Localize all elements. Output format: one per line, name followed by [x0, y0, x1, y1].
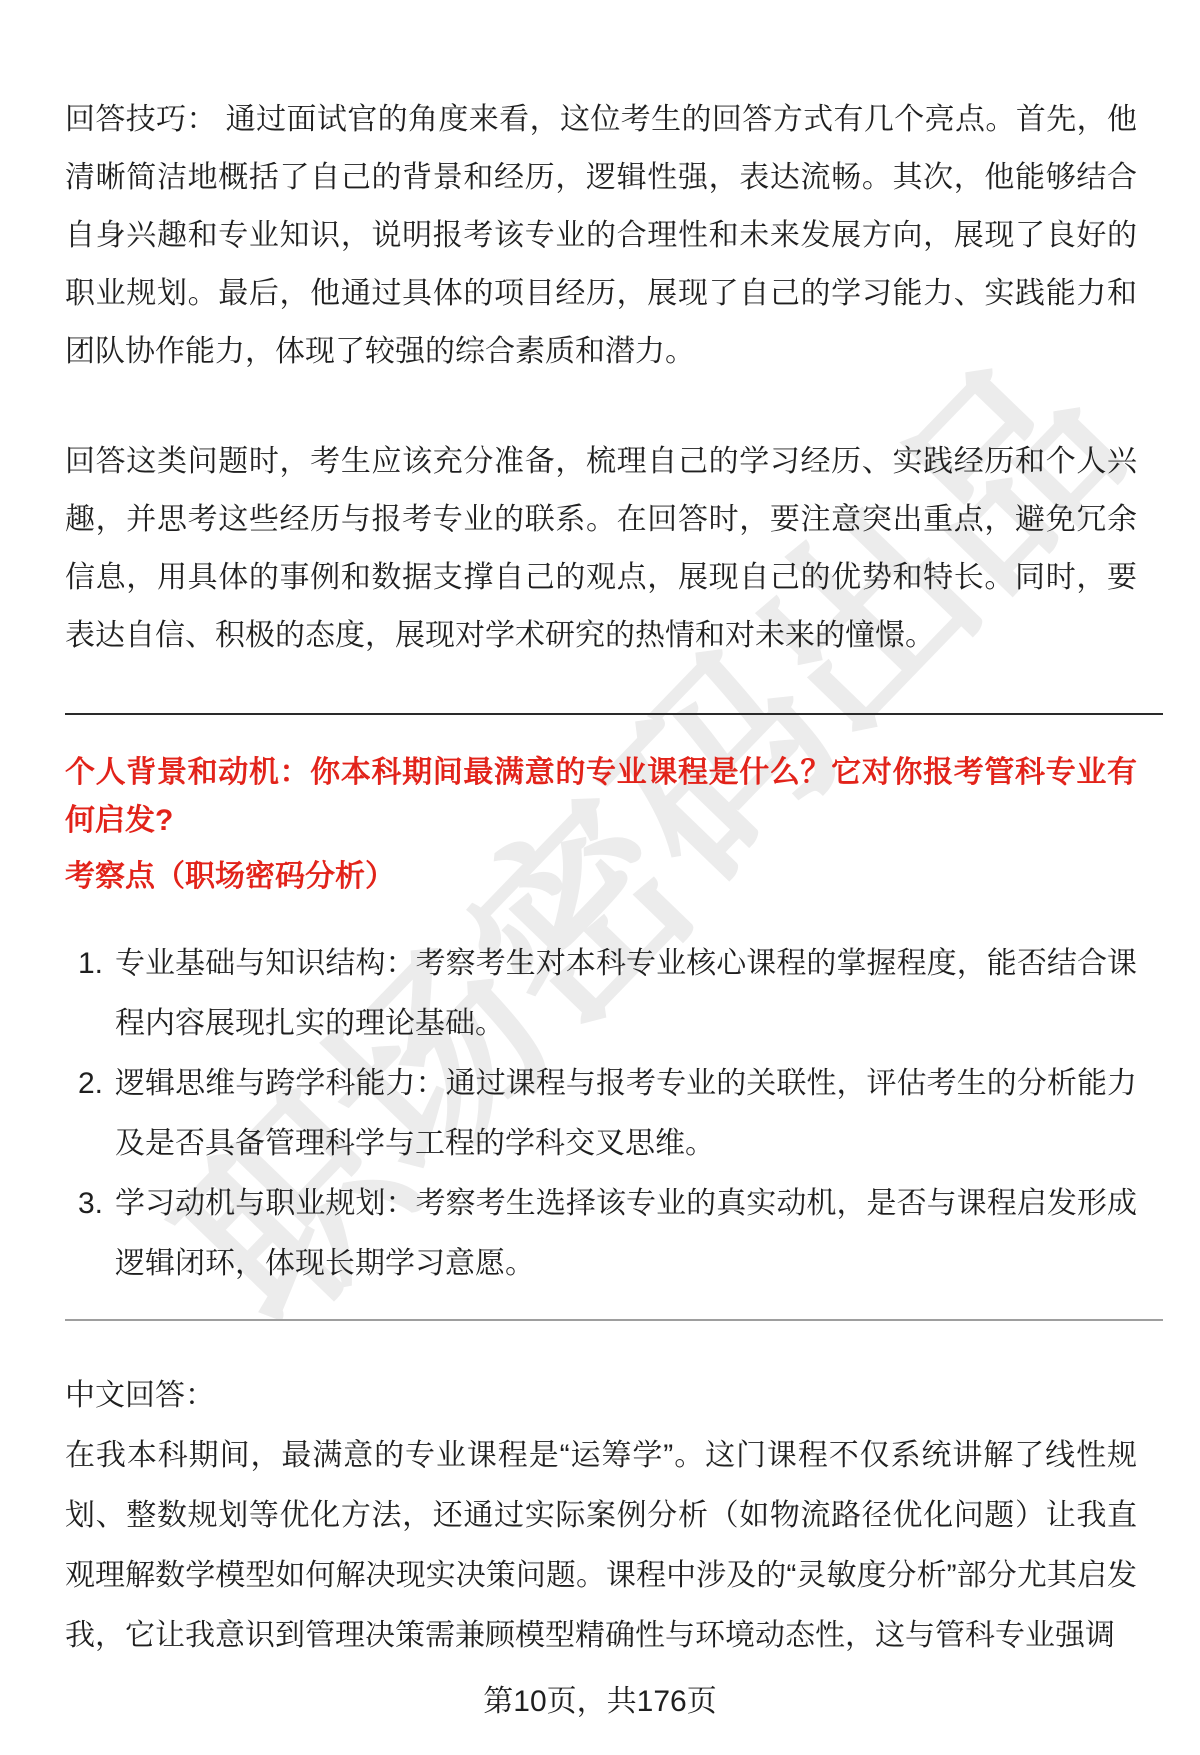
document-page: 职场密码出品 回答技巧： 通过面试官的角度来看，这位考生的回答方式有几个亮点。首… — [0, 0, 1200, 1755]
exam-point-item: 2. 逻辑思维与跨学科能力：通过课程与报考专业的关联性，评估考生的分析能力及是否… — [65, 1054, 1137, 1174]
chinese-answer-label: 中文回答： — [65, 1366, 1137, 1426]
exam-point-text: 逻辑思维与跨学科能力：通过课程与报考专业的关联性，评估考生的分析能力及是否具备管… — [115, 1054, 1137, 1174]
page-content: 回答技巧： 通过面试官的角度来看，这位考生的回答方式有几个亮点。首先，他清晰简洁… — [65, 0, 1137, 1666]
exam-points-list: 1. 专业基础与知识结构：考察考生对本科专业核心课程的掌握程度，能否结合课程内容… — [65, 934, 1137, 1294]
answer-technique-paragraph: 回答技巧： 通过面试官的角度来看，这位考生的回答方式有几个亮点。首先，他清晰简洁… — [65, 91, 1137, 381]
page-number: 第10页，共176页 — [0, 1684, 1200, 1720]
question-heading: 个人背景和动机：你本科期间最满意的专业课程是什么？它对你报考管科专业有何启发? — [65, 749, 1137, 845]
exam-point-number: 1. — [65, 934, 115, 1054]
chinese-answer-paragraph: 在我本科期间，最满意的专业课程是“运筹学”。这门课程不仅系统讲解了线性规划、整数… — [65, 1426, 1137, 1666]
exam-point-number: 3. — [65, 1174, 115, 1294]
exam-point-item: 3. 学习动机与职业规划：考察考生选择该专业的真实动机，是否与课程启发形成逻辑闭… — [65, 1174, 1137, 1294]
exam-points-heading: 考察点（职场密码分析） — [65, 853, 1137, 901]
exam-point-item: 1. 专业基础与知识结构：考察考生对本科专业核心课程的掌握程度，能否结合课程内容… — [65, 934, 1137, 1054]
answer-guidance-paragraph: 回答这类问题时，考生应该充分准备，梳理自己的学习经历、实践经历和个人兴趣，并思考… — [65, 433, 1137, 665]
exam-point-text: 专业基础与知识结构：考察考生对本科专业核心课程的掌握程度，能否结合课程内容展现扎… — [115, 934, 1137, 1054]
section-divider-bottom — [65, 1319, 1163, 1321]
exam-point-text: 学习动机与职业规划：考察考生选择该专业的真实动机，是否与课程启发形成逻辑闭环，体… — [115, 1174, 1137, 1294]
section-divider-top — [65, 713, 1163, 715]
exam-point-number: 2. — [65, 1054, 115, 1174]
